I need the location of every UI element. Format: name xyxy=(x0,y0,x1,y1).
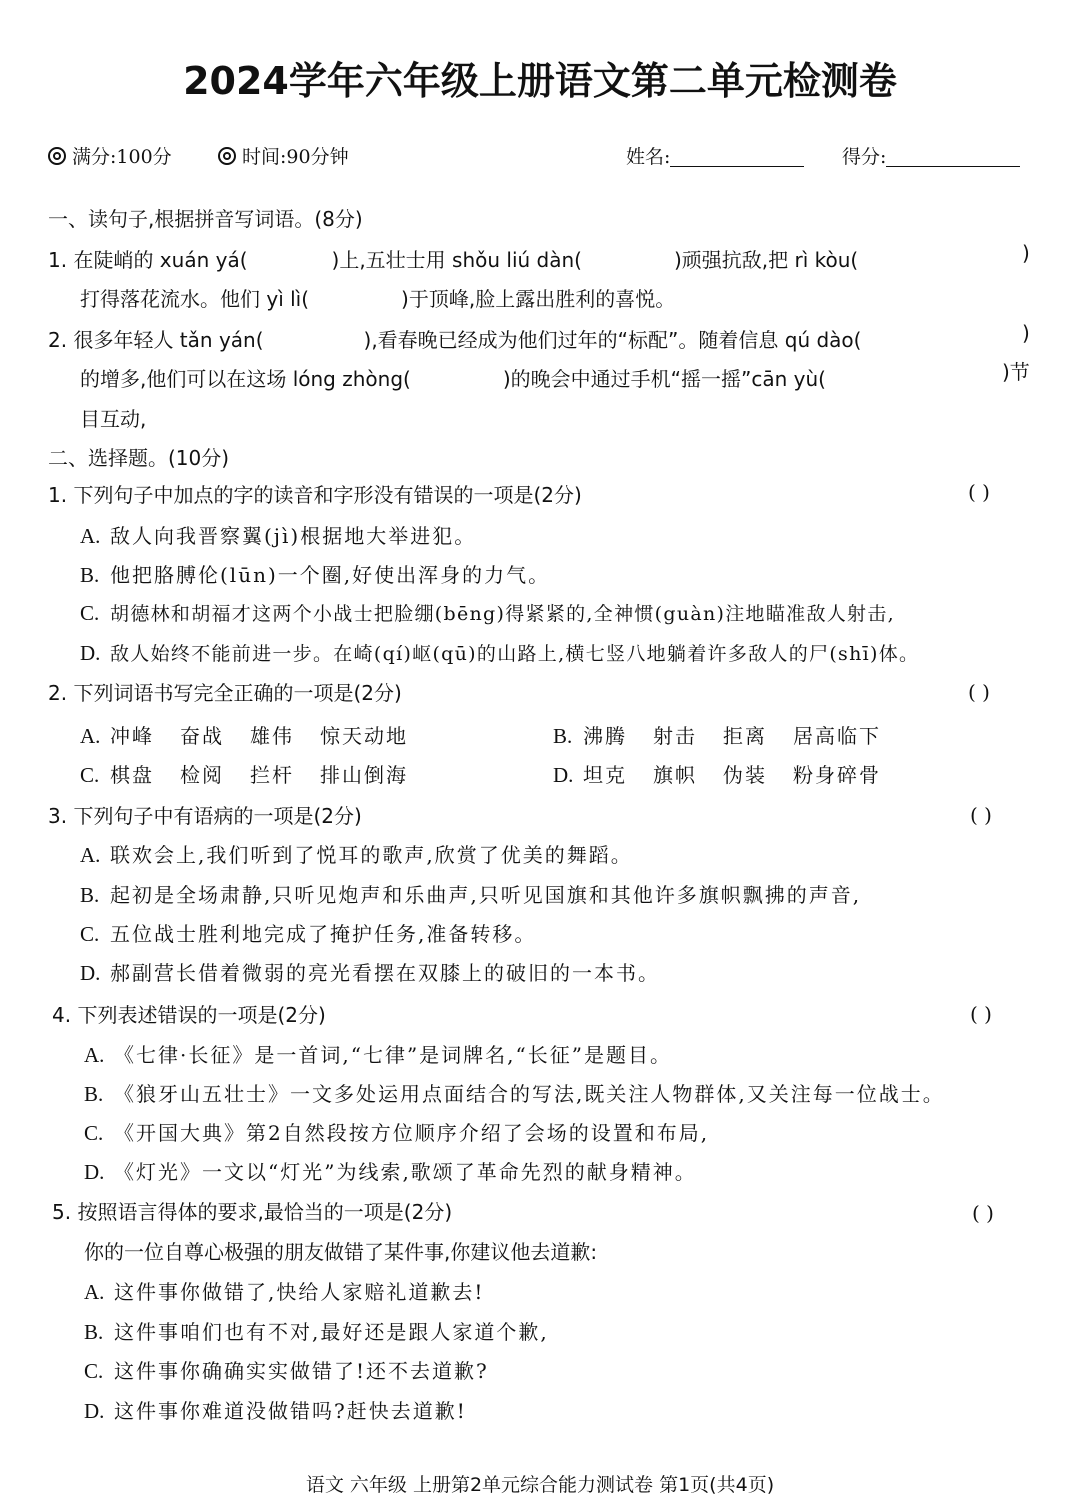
s2-q4-answer-box[interactable]: ( ) xyxy=(970,1002,992,1026)
s2-q5-option-c[interactable]: C.这件事你确确实实做错了!还不去道歉? xyxy=(84,1358,489,1384)
s2-q1-option-a[interactable]: A.敌人向我晋察翼(jì)根据地大举进犯。 xyxy=(80,523,476,549)
s2-q4-option-a[interactable]: A.《七律·长征》是一首词,“七律”是词牌名,“长征”是题目。 xyxy=(84,1042,672,1068)
s1-q1-line2: 打得落花流水。他们 yì lì()于顶峰,脸上露出胜利的喜悦。 xyxy=(80,286,675,312)
name-field[interactable]: 姓名: xyxy=(626,142,804,169)
name-blank[interactable] xyxy=(670,148,804,167)
s2-q3-option-a[interactable]: A.联欢会上,我们听到了悦耳的歌声,欣赏了优美的舞蹈。 xyxy=(80,842,633,868)
s2-q4-option-d[interactable]: D.《灯光》一文以“灯光”为线索,歌颂了革命先烈的献身精神。 xyxy=(84,1159,697,1185)
s2-q2-answer-box[interactable]: ( ) xyxy=(968,680,990,704)
s1-q2-line2: 的增多,他们可以在这场 lóng zhòng()的晚会中通过手机“摇一摇”cān… xyxy=(80,366,826,392)
s1-q1-close-paren: ) xyxy=(1022,240,1030,266)
s2-q4-stem: 4. 下列表述错误的一项是(2分) xyxy=(52,1002,326,1028)
s2-q1-option-c[interactable]: C.胡德林和胡福才这两个小战士把脸绷(bēng)得紧紧的,全神惯(guàn)注地… xyxy=(80,600,895,627)
s1-q2-line3: 目互动, xyxy=(80,406,146,432)
s2-q5-option-a[interactable]: A.这件事你做错了,快给人家赔礼道歉去! xyxy=(84,1279,484,1305)
double-circle-icon xyxy=(48,147,66,165)
s2-q1-stem: 1. 下列句子中加点的字的读音和字形没有错误的一项是(2分) xyxy=(48,482,582,508)
score-field[interactable]: 得分: xyxy=(842,142,1020,169)
s2-q2-option-d[interactable]: D.坦克旗帜伪装粉身碎骨 xyxy=(553,762,907,788)
score-blank[interactable] xyxy=(886,148,1020,167)
s1-q2-close-paren: ) xyxy=(1022,320,1030,346)
s2-q2-stem: 2. 下列词语书写完全正确的一项是(2分) xyxy=(48,680,402,706)
s2-q5-answer-box[interactable]: ( ) xyxy=(972,1201,994,1225)
section1-heading: 一、读句子,根据拼音写词语。(8分) xyxy=(48,206,363,232)
s2-q3-option-d[interactable]: D.郝副营长借着微弱的亮光看摆在双膝上的破旧的一本书。 xyxy=(80,960,660,986)
s2-q3-answer-box[interactable]: ( ) xyxy=(970,803,992,827)
full-score: 满分:100分 xyxy=(48,142,172,169)
s2-q2-option-c[interactable]: C.棋盘检阅拦杆排山倒海 xyxy=(80,762,434,788)
s2-q3-option-b[interactable]: B.起初是全场肃静,只听见炮声和乐曲声,只听见国旗和其他许多旗帜飘拂的声音, xyxy=(80,882,861,908)
s2-q4-option-c[interactable]: C.《开国大典》第2自然段按方位顺序介绍了会场的设置和布局, xyxy=(84,1120,709,1146)
s2-q4-option-b[interactable]: B.《狼牙山五壮士》一文多处运用点面结合的写法,既关注人物群体,又关注每一位战士… xyxy=(84,1081,945,1107)
page-title: 2024学年六年级上册语文第二单元检测卷 xyxy=(0,50,1080,105)
s2-q3-option-c[interactable]: C.五位战士胜利地完成了掩护任务,准备转移。 xyxy=(80,921,536,947)
s2-q1-option-b[interactable]: B.他把胳膊伦(lūn)一个圈,好使出浑身的力气。 xyxy=(80,562,550,588)
s1-q2-line1: 2. 很多年轻人 tǎn yán(),看春晚已经成为他们过年的“标配”。随着信息… xyxy=(48,327,861,353)
s2-q5-option-d[interactable]: D.这件事你难道没做错吗?赶快去道歉! xyxy=(84,1398,467,1424)
s2-q1-answer-box[interactable]: ( ) xyxy=(968,480,990,504)
s1-q1-line1: 1. 在陡峭的 xuán yá()上,五壮士用 shǒu liú dàn()顽强… xyxy=(48,247,858,273)
exam-time: 时间:90分钟 xyxy=(218,142,349,169)
s2-q5-stem: 5. 按照语言得体的要求,最恰当的一项是(2分) xyxy=(52,1199,452,1225)
s2-q2-option-b[interactable]: B.沸腾射击拒离居高临下 xyxy=(553,723,907,749)
s2-q5-option-b[interactable]: B.这件事咱们也有不对,最好还是跟人家道个歉, xyxy=(84,1319,549,1345)
s2-q2-option-a[interactable]: A.冲峰奋战雄伟惊天动地 xyxy=(80,723,434,749)
double-circle-icon xyxy=(218,147,236,165)
s2-q1-option-d[interactable]: D.敌人始终不能前进一步。在崎(qí)岖(qū)的山路上,横七竖八地躺着许多敌人… xyxy=(80,640,919,667)
s2-q5-context: 你的一位自尊心极强的朋友做错了某件事,你建议他去道歉: xyxy=(84,1239,597,1265)
page-footer: 语文 六年级 上册第2单元综合能力测试卷 第1页(共4页) xyxy=(0,1470,1080,1497)
s2-q3-stem: 3. 下列句子中有语病的一项是(2分) xyxy=(48,803,362,829)
s1-q2-tail: )节 xyxy=(1002,359,1030,385)
section2-heading: 二、选择题。(10分) xyxy=(48,445,229,471)
